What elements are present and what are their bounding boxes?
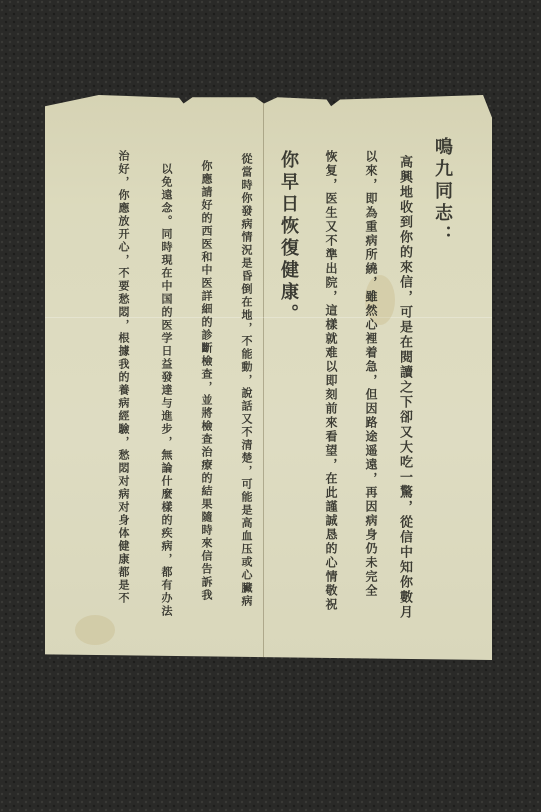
paper-stain	[75, 615, 115, 645]
paper-fold-line	[263, 95, 264, 660]
letter-paper: 鳴九同志： 高興地收到你的來信，可是在閱讀之下卻又大吃一驚，從信中知你數月 以來…	[45, 95, 492, 660]
letter-line: 以來，即為重病所繞，雖然心裡着急，但因路途遥遠，再因病身仍未完全	[360, 150, 382, 598]
letter-line: 治好，你應放开心，不要愁悶，根據我的養病經驗，愁悶对病对身体健康都是不	[112, 150, 134, 605]
letter-line: 高興地收到你的來信，可是在閱讀之下卻又大吃一驚，從信中知你數月	[393, 155, 415, 620]
letter-line: 以免遠念。同時現在中国的医学日益發達与進步，無論什麼樣的疾病，都有办法	[155, 163, 177, 618]
letter-salutation: 鳴九同志：	[431, 137, 453, 247]
letter-line: 你早日恢復健康。	[277, 150, 299, 326]
letter-line: 從當時你發病情況是昏倒在地，不能動，說話又不清楚，可能是高血压或心臟病	[235, 153, 257, 608]
letter-line: 恢复，医生又不準出院，這樣就难以即刻前來看望，在此謹誠恳的心情敬祝	[320, 150, 342, 612]
letter-line: 你應請好的西医和中医詳細的診斷檢查，並將檢查治療的結果隨時來信告訴我	[195, 160, 217, 602]
